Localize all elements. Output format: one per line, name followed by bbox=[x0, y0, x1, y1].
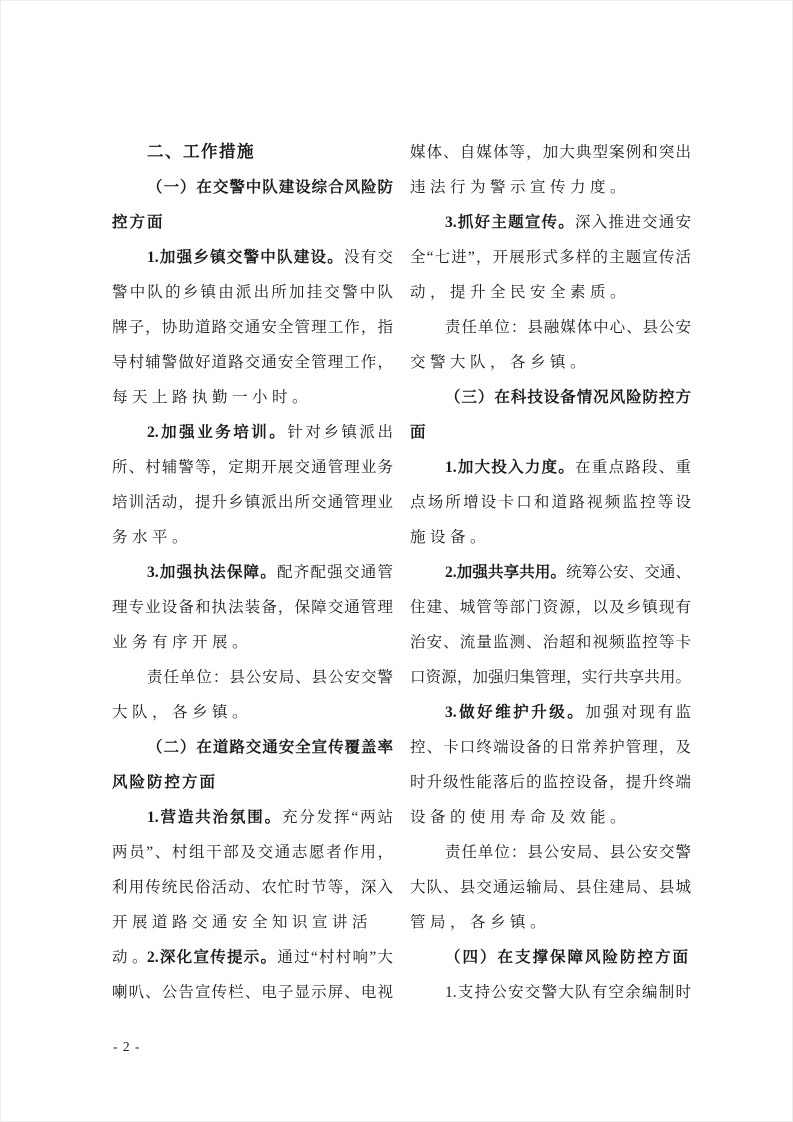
text-segment: 充分发挥“两站 bbox=[282, 809, 393, 826]
text-line: 导村辅警做好道路交通安全管理工作， bbox=[112, 345, 393, 380]
text-segment: 施设备。 bbox=[410, 529, 490, 546]
text-segment: 在重点路段、重 bbox=[575, 459, 691, 476]
text-line: 动，提升全民安全素质。 bbox=[410, 275, 691, 310]
text-segment: 3.抓好主题宣传。 bbox=[445, 214, 575, 231]
text-segment: 口资源，加强归集管理，实行共享共用。 bbox=[410, 669, 691, 686]
text-segment: 时升级性能落后的监控设备，提升终端 bbox=[410, 774, 691, 791]
text-segment: 交警大队，各乡镇。 bbox=[410, 354, 590, 371]
text-segment: 媒体、自媒体等，加大典型案例和突出 bbox=[410, 144, 691, 161]
text-segment: 动，提升全民安全素质。 bbox=[410, 284, 630, 301]
text-line: 责任单位：县公安局、县公安交警 bbox=[112, 660, 393, 695]
text-segment: 控方面 bbox=[112, 214, 165, 231]
text-segment: 1.加强乡镇交警中队建设。 bbox=[147, 249, 344, 266]
text-line: 两员”、村组干部及交通志愿者作用， bbox=[112, 835, 393, 870]
text-line: 设备的使用寿命及效能。 bbox=[410, 800, 691, 835]
text-segment: 2.加强业务培训。 bbox=[147, 424, 287, 441]
text-line: 所、村辅警等，定期开展交通管理业务 bbox=[112, 450, 393, 485]
text-segment: （一）在交警中队建设综合风险防 bbox=[147, 179, 393, 196]
text-line: 交警大队，各乡镇。 bbox=[410, 345, 691, 380]
right-text-column: 媒体、自媒体等，加大典型案例和突出违法行为警示宣传力度。3.抓好主题宣传。深入推… bbox=[410, 135, 691, 1010]
text-line: （三）在科技设备情况风险防控方 bbox=[410, 380, 691, 415]
text-line: 培训活动，提升乡镇派出所交通管理业 bbox=[112, 485, 393, 520]
text-line: 务水平。 bbox=[112, 520, 393, 555]
text-segment: 责任单位：县融媒体中心、县公安 bbox=[445, 319, 691, 336]
text-segment: 大队、县交通运输局、县住建局、县城 bbox=[410, 879, 691, 896]
text-segment: 2.加强共享共用。 bbox=[445, 564, 566, 581]
text-segment: 责任单位：县公安局、县公安交警 bbox=[445, 844, 691, 861]
text-line: 违法行为警示宣传力度。 bbox=[410, 170, 691, 205]
text-line: 住建、城管等部门资源，以及乡镇现有 bbox=[410, 590, 691, 625]
text-segment: 面 bbox=[410, 424, 428, 441]
text-line: 口资源，加强归集管理，实行共享共用。 bbox=[410, 660, 691, 695]
text-line: 2.深化宣传提示。通过“村村响”大 bbox=[112, 940, 393, 975]
text-line: 2.加强共享共用。统筹公安、交通、 bbox=[410, 555, 691, 590]
text-line: 责任单位：县融媒体中心、县公安 bbox=[410, 310, 691, 345]
text-line: 1.加大投入力度。在重点路段、重 bbox=[410, 450, 691, 485]
text-segment: 治安、流量监测、治超和视频监控等卡 bbox=[410, 634, 691, 651]
text-line: 3.做好维护升级。加强对现有监 bbox=[410, 695, 691, 730]
text-line: 理专业设备和执法装备，保障交通管理 bbox=[112, 590, 393, 625]
text-line: 每天上路执勤一小时。 bbox=[112, 380, 393, 415]
text-segment: （三）在科技设备情况风险防控方 bbox=[445, 389, 691, 406]
text-segment: 违法行为警示宣传力度。 bbox=[410, 179, 630, 196]
left-text-column: 二、工作措施（一）在交警中队建设综合风险防控方面1.加强乡镇交警中队建设。没有交… bbox=[112, 135, 393, 1010]
text-segment: 每天上路执勤一小时。 bbox=[112, 389, 312, 406]
text-segment: 点场所增设卡口和道路视频监控等设 bbox=[410, 494, 691, 511]
text-line: 施设备。 bbox=[410, 520, 691, 555]
text-segment: 警中队的乡镇由派出所加挂交警中队 bbox=[112, 284, 393, 301]
text-line: 大队，各乡镇。 bbox=[112, 695, 393, 730]
text-segment: 培训活动，提升乡镇派出所交通管理业 bbox=[112, 494, 393, 511]
text-segment: 喇叭、公告宣传栏、电子显示屏、电视 bbox=[112, 984, 393, 1001]
page-number: - 2 - bbox=[113, 1039, 141, 1055]
text-segment: 大队，各乡镇。 bbox=[112, 704, 252, 721]
text-segment: 全“七进”，开展形式多样的主题宣传活 bbox=[410, 249, 691, 266]
document-page: 二、工作措施（一）在交警中队建设综合风险防控方面1.加强乡镇交警中队建设。没有交… bbox=[0, 0, 793, 1122]
text-line: 点场所增设卡口和道路视频监控等设 bbox=[410, 485, 691, 520]
text-segment: 通过“村村响”大 bbox=[277, 949, 393, 966]
text-segment: 住建、城管等部门资源，以及乡镇现有 bbox=[410, 599, 691, 616]
text-segment: 责任单位：县公安局、县公安交警 bbox=[147, 669, 393, 686]
text-segment: （二）在道路交通安全宣传覆盖率 bbox=[147, 739, 393, 756]
text-segment: 加强对现有监 bbox=[585, 704, 691, 721]
text-line: 控、卡口终端设备的日常养护管理，及 bbox=[410, 730, 691, 765]
text-line: 业务有序开展。 bbox=[112, 625, 393, 660]
text-line: 3.加强执法保障。配齐配强交通管 bbox=[112, 555, 393, 590]
text-segment: 没有交 bbox=[344, 249, 393, 266]
text-segment: 风险防控方面 bbox=[112, 774, 217, 791]
text-line: 牌子，协助道路交通安全管理工作，指 bbox=[112, 310, 393, 345]
text-segment: 理专业设备和执法装备，保障交通管理 bbox=[112, 599, 393, 616]
text-line: 大队、县交通运输局、县住建局、县城 bbox=[410, 870, 691, 905]
text-line: 1.加强乡镇交警中队建设。没有交 bbox=[112, 240, 393, 275]
text-line: 管局，各乡镇。 bbox=[410, 905, 691, 940]
text-segment: 导村辅警做好道路交通安全管理工作， bbox=[112, 354, 393, 371]
text-line: 喇叭、公告宣传栏、电子显示屏、电视 bbox=[112, 975, 393, 1010]
text-segment: 深入推进交通安 bbox=[575, 214, 691, 231]
text-line: 1.营造共治氛围。充分发挥“两站 bbox=[112, 800, 393, 835]
text-segment: 务水平。 bbox=[112, 529, 192, 546]
text-line: 3.抓好主题宣传。深入推进交通安 bbox=[410, 205, 691, 240]
text-segment: 两员”、村组干部及交通志愿者作用， bbox=[112, 844, 393, 861]
text-segment: 3.加强执法保障。 bbox=[147, 564, 277, 581]
text-line: 二、工作措施 bbox=[112, 135, 393, 170]
text-segment: 所、村辅警等，定期开展交通管理业务 bbox=[112, 459, 393, 476]
text-line: （一）在交警中队建设综合风险防 bbox=[112, 170, 393, 205]
text-line: 面 bbox=[410, 415, 691, 450]
text-line: 控方面 bbox=[112, 205, 393, 240]
text-segment: 设备的使用寿命及效能。 bbox=[410, 809, 630, 826]
text-line: 时升级性能落后的监控设备，提升终端 bbox=[410, 765, 691, 800]
text-segment: 利用传统民俗活动、农忙时节等，深入 bbox=[112, 879, 393, 896]
text-line: 1.支持公安交警大队有空余编制时 bbox=[410, 975, 691, 1010]
text-line: 警中队的乡镇由派出所加挂交警中队 bbox=[112, 275, 393, 310]
text-line: （四）在支撑保障风险防控方面 bbox=[410, 940, 691, 975]
text-line: 治安、流量监测、治超和视频监控等卡 bbox=[410, 625, 691, 660]
text-line: 2.加强业务培训。针对乡镇派出 bbox=[112, 415, 393, 450]
text-segment: 1.加大投入力度。 bbox=[445, 459, 575, 476]
text-segment: 业务有序开展。 bbox=[112, 634, 252, 651]
text-line: 开展道路交通安全知识宣讲活动。 bbox=[112, 905, 393, 940]
text-segment: 控、卡口终端设备的日常养护管理，及 bbox=[410, 739, 691, 756]
text-line: 媒体、自媒体等，加大典型案例和突出 bbox=[410, 135, 691, 170]
text-segment: （四）在支撑保障风险防控方面 bbox=[445, 949, 690, 966]
text-segment: 统筹公安、交通、 bbox=[566, 564, 691, 581]
text-segment: 二、工作措施 bbox=[147, 143, 255, 161]
text-line: 全“七进”，开展形式多样的主题宣传活 bbox=[410, 240, 691, 275]
text-segment: 配齐配强交通管 bbox=[277, 564, 393, 581]
text-segment: 2.深化宣传提示。 bbox=[147, 949, 277, 966]
text-segment: 针对乡镇派出 bbox=[287, 424, 393, 441]
text-segment: 牌子，协助道路交通安全管理工作，指 bbox=[112, 319, 393, 336]
text-line: 风险防控方面 bbox=[112, 765, 393, 800]
text-segment: 1.营造共治氛围。 bbox=[147, 809, 282, 826]
text-line: 利用传统民俗活动、农忙时节等，深入 bbox=[112, 870, 393, 905]
text-segment: 3.做好维护升级。 bbox=[445, 704, 585, 721]
text-segment: 管局，各乡镇。 bbox=[410, 914, 550, 931]
text-line: 责任单位：县公安局、县公安交警 bbox=[410, 835, 691, 870]
text-line: （二）在道路交通安全宣传覆盖率 bbox=[112, 730, 393, 765]
text-segment: 1.支持公安交警大队有空余编制时 bbox=[445, 984, 691, 1001]
